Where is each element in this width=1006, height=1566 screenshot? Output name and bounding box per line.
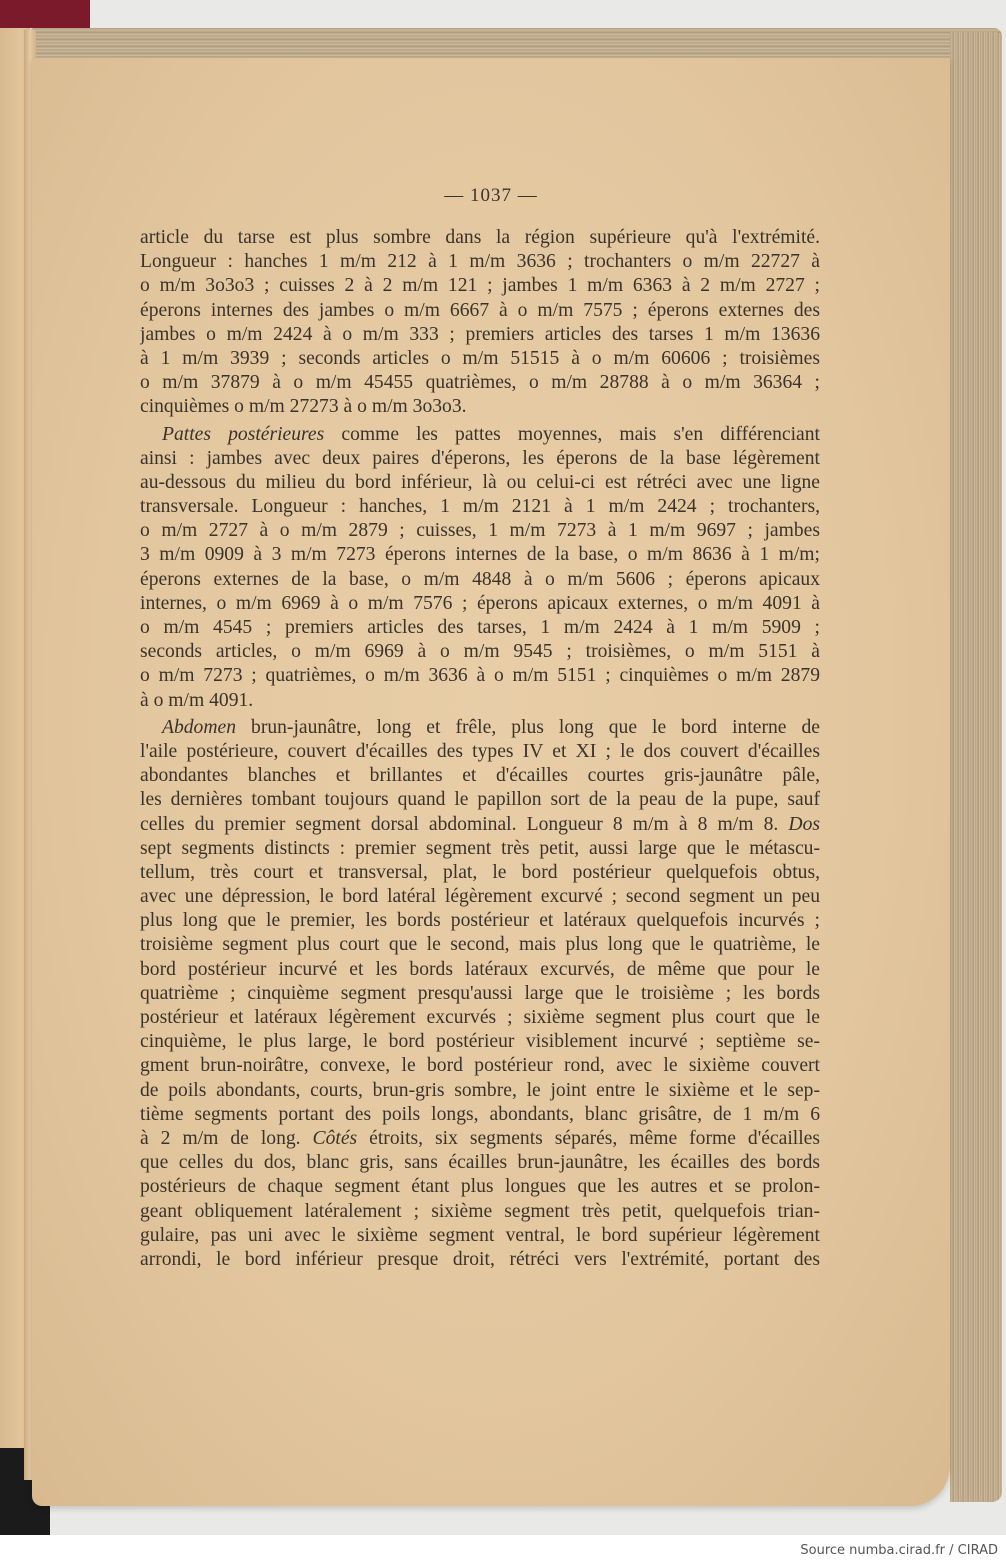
text-line: internes, o m/m 6969 à o m/m 7576 ; éper… [140,592,820,616]
text-line: au-dessous du milieu du bord inférieur, … [140,471,820,495]
text-line: tième segments portant des poils longs, … [140,1103,820,1127]
text-line: l'aile postérieure, couvert d'écailles d… [140,740,820,764]
text-line: abondantes blanches et brillantes et d'é… [140,764,820,788]
text-line: postérieurs de chaque segment étant plus… [140,1175,820,1199]
text-line: plus long que le premier, les bords post… [140,909,820,933]
text-line: article du tarse est plus sombre dans la… [140,226,820,250]
text-line: sept segments distincts : premier segmen… [140,837,820,861]
text-line: à 1 m/m 3939 ; seconds articles o m/m 51… [140,347,820,371]
text-line: bord postérieur incurvé et les bords lat… [140,958,820,982]
text-fragment: brun-jaunâtre, long et frêle, plus long … [236,717,820,738]
text-line: arrondi, le bord inférieur presque droit… [140,1248,820,1272]
text-line: seconds articles, o m/m 6969 à o m/m 954… [140,640,820,664]
subheading-italic-dos: Dos [788,814,820,835]
text-line: cinquième, le plus large, le bord postér… [140,1030,820,1054]
text-fragment: celles du premier segment dorsal abdomin… [140,814,778,835]
text-fragment: étroits, six segments séparés, même form… [357,1128,820,1149]
heading-italic: Abdomen [162,717,236,738]
text-fragment: comme les pattes moyennes, mais s'en dif… [324,424,820,445]
text-line: geant obliquement latéralement ; sixième… [140,1200,820,1224]
text-line: de poils abondants, courts, brun-gris so… [140,1079,820,1103]
text-line: transversale. Longueur : hanches, 1 m/m … [140,495,820,519]
paragraph-pattes-posterieures: Pattes postérieures comme les pattes moy… [140,423,820,713]
text-line: Pattes postérieures comme les pattes moy… [140,423,820,447]
text-fragment: à 2 m/m de long. [140,1128,301,1149]
text-line: o m/m 3o3o3 ; cuisses 2 à 2 m/m 121 ; ja… [140,274,820,298]
text-line: celles du premier segment dorsal abdomin… [140,813,820,837]
text-line: avec une dépression, le bord latéral lég… [140,885,820,909]
subheading-italic-cotes: Côtés [313,1128,358,1149]
text-line: que celles du dos, blanc gris, sans écai… [140,1151,820,1175]
paragraph-abdomen: Abdomen brun-jaunâtre, long et frêle, pl… [140,716,820,1272]
text-line: Abdomen brun-jaunâtre, long et frêle, pl… [140,716,820,740]
text-line: o m/m 37879 à o m/m 45455 quatrièmes, o … [140,371,820,395]
text-line: quatrième ; cinquième segment presqu'aus… [140,982,820,1006]
source-credit: Source numba.cirad.fr / CIRAD [800,1543,998,1558]
text-line: cinquièmes o m/m 27273 à o m/m 3o3o3. [140,395,820,419]
text-line: Longueur : hanches 1 m/m 212 à 1 m/m 363… [140,250,820,274]
text-line: 3 m/m 0909 à 3 m/m 7273 éperons internes… [140,543,820,567]
text-line: éperons externes de la base, o m/m 4848 … [140,568,820,592]
heading-italic: Pattes postérieures [162,424,324,445]
text-line: éperons internes des jambes o m/m 6667 à… [140,299,820,323]
page-stack-edge [950,32,1002,1502]
paragraph-anterior-tarsus: article du tarse est plus sombre dans la… [140,226,820,420]
text-line: ainsi : jambes avec deux paires d'éperon… [140,447,820,471]
book-cover-top [0,0,90,28]
text-line: troisième segment plus court que le seco… [140,933,820,957]
text-line: à 2 m/m de long. Côtés étroits, six segm… [140,1127,820,1151]
book-page: — 1037 — article du tarse est plus sombr… [32,58,950,1506]
text-line: à o m/m 4091. [140,689,820,713]
text-line: o m/m 2727 à o m/m 2879 ; cuisses, 1 m/m… [140,519,820,543]
text-line: tellum, très court et transversal, plat,… [140,861,820,885]
text-line: postérieur et latéraux légèrement excurv… [140,1006,820,1030]
text-line: o m/m 4545 ; premiers articles des tarse… [140,616,820,640]
text-line: les dernières tombant toujours quand le … [140,788,820,812]
text-line: o m/m 7273 ; quatrièmes, o m/m 3636 à o … [140,664,820,688]
page-body: article du tarse est plus sombre dans la… [140,226,820,1272]
text-line: gulaire, pas uni avec le sixième segment… [140,1224,820,1248]
text-line: gment brun-noirâtre, convexe, le bord po… [140,1054,820,1078]
page-number: — 1037 — [32,185,950,207]
text-line: jambes o m/m 2424 à o m/m 333 ; premiers… [140,323,820,347]
